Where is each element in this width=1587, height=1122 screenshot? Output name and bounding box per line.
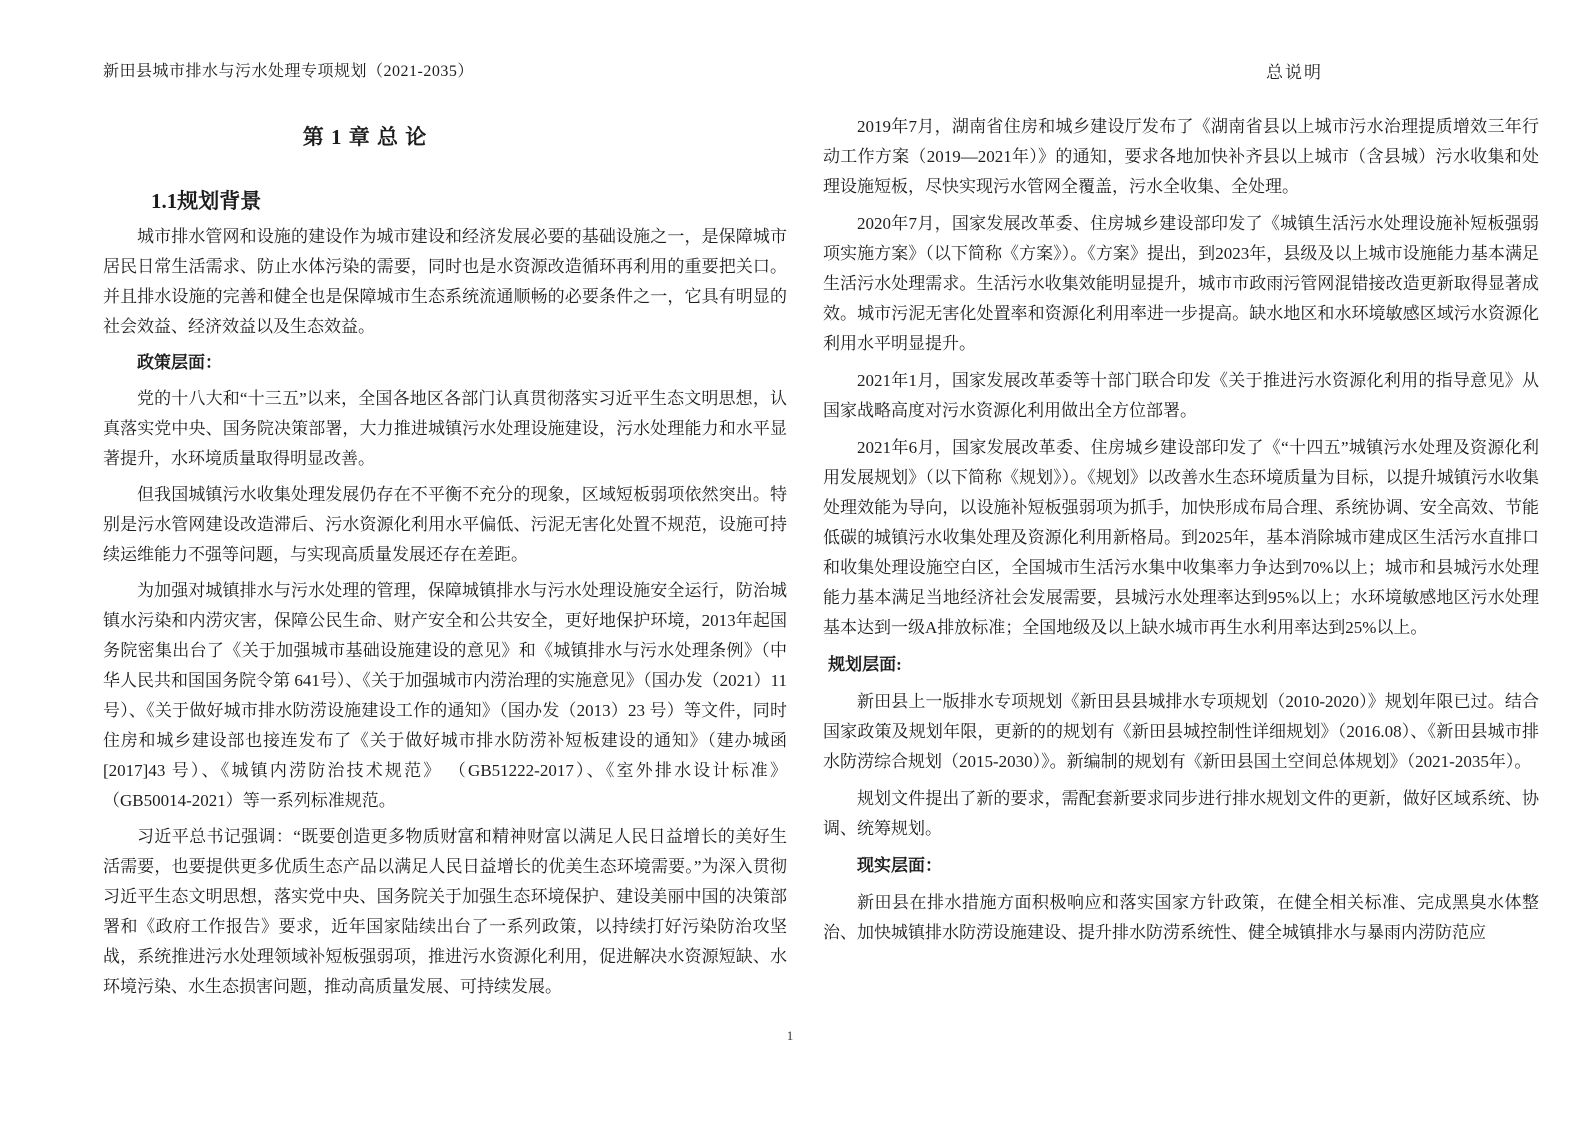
paragraph: 2021年1月，国家发展改革委等十部门联合印发《关于推进污水资源化利用的指导意见… [823, 366, 1539, 426]
paragraph: 2020年7月，国家发展改革委、住房城乡建设部印发了《城镇生活污水处理设施补短板… [823, 209, 1539, 359]
document-page: 新田县城市排水与污水处理专项规划（2021-2035） 总说明 第 1 章 总 … [0, 0, 1587, 1122]
paragraph: 为加强对城镇排水与污水处理的管理，保障城镇排水与污水处理设施安全运行，防治城镇水… [103, 576, 787, 816]
chapter-title: 第 1 章 总 论 [103, 122, 787, 152]
policy-level-heading: 政策层面： [103, 348, 787, 378]
planning-level-heading: 规划层面: [823, 650, 1539, 680]
paragraph: 规划文件提出了新的要求，需配套新要求同步进行排水规划文件的更新，做好区域系统、协… [823, 784, 1539, 844]
paragraph: 但我国城镇污水收集处理发展仍存在不平衡不充分的现象，区域短板弱项依然突出。特别是… [103, 480, 787, 570]
paragraph: 习近平总书记强调：“既要创造更多物质财富和精神财富以满足人民日益增长的美好生活需… [103, 822, 787, 1002]
paragraph: 党的十八大和“十三五”以来，全国各地区各部门认真贯彻落实习近平生态文明思想，认真… [103, 384, 787, 474]
paragraph: 2019年7月，湖南省住房和城乡建设厅发布了《湖南省县以上城市污水治理提质增效三… [823, 112, 1539, 202]
section-title: 1.1规划背景 [151, 186, 787, 216]
paragraph: 城市排水管网和设施的建设作为城市建设和经济发展必要的基础设施之一，是保障城市居民… [103, 222, 787, 342]
paragraph: 新田县上一版排水专项规划《新田县县城排水专项规划（2010-2020）》规划年限… [823, 687, 1539, 777]
page-number: 1 [760, 1028, 820, 1044]
paragraph: 2021年6月，国家发展改革委、住房城乡建设部印发了《“十四五”城镇污水处理及资… [823, 433, 1539, 643]
running-header-section: 总说明 [1266, 58, 1323, 83]
left-text-column: 第 1 章 总 论 1.1规划背景 城市排水管网和设施的建设作为城市建设和经济发… [103, 122, 787, 1002]
right-text-column: 2019年7月，湖南省住房和城乡建设厅发布了《湖南省县以上城市污水治理提质增效三… [823, 112, 1539, 948]
running-header-title: 新田县城市排水与污水处理专项规划（2021-2035） [103, 58, 474, 81]
reality-level-heading: 现实层面： [823, 851, 1539, 881]
paragraph: 新田县在排水措施方面积极响应和落实国家方针政策，在健全相关标准、完成黑臭水体整治… [823, 888, 1539, 948]
